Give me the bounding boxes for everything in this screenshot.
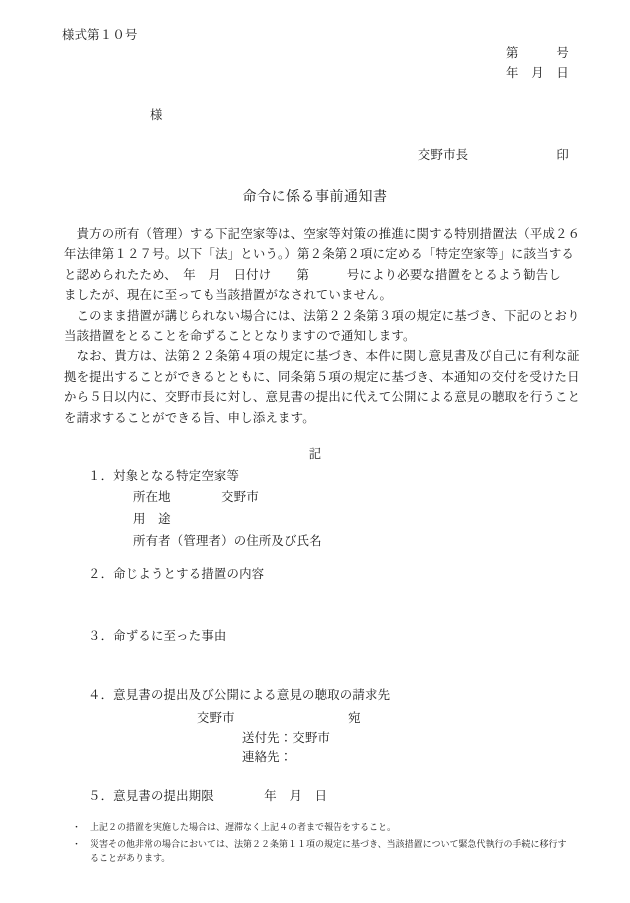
note-text-continuation: ることがあります。 [90, 853, 170, 864]
section-2-heading: ２．命じようとする措置の内容 [88, 567, 264, 581]
section-1-heading: １．対象となる特定空家等 [88, 469, 239, 483]
sender-seal-line: 交野市長 印 [418, 148, 569, 162]
note-bullet: ・ [72, 839, 81, 850]
note-text: 災害その他非常の場合においては、法第２２条第１１項の規定に基づき、当該措置につい… [90, 839, 566, 850]
section-4-heading: ４．意見書の提出及び公開による意見の聴取の請求先 [88, 688, 390, 702]
section-4-send-to: 送付先：交野市 [242, 731, 330, 745]
section-1-owner: 所有者（管理者）の住所及び氏名 [133, 534, 322, 548]
document-number-blank: 第 号 [506, 46, 569, 60]
date-blank: 年 月 日 [506, 66, 569, 80]
record-marker: 記 [0, 447, 630, 461]
body-line: なお、貴方は、法第２２条第４項の規定に基づき、本件に関し意見書及び自己に有利な証 [64, 349, 580, 363]
note-text: 上記２の措置を実施した場合は、遅滞なく上記４の者まで報告をすること。 [90, 822, 396, 833]
document-title: 命令に係る事前通知書 [0, 190, 630, 206]
body-line: このまま措置が講じられない場合には、法第２２条第３項の規定に基づき、下記のとおり [64, 309, 580, 323]
section-3-heading: ３．命ずるに至った事由 [88, 629, 227, 643]
body-line: から５日以内に、交野市長に対し、意見書の提出に代えて公開による意見の聴取を行うこ… [64, 390, 580, 404]
section-1-use: 用 途 [133, 512, 171, 526]
section-4-contact: 連絡先： [242, 750, 292, 764]
body-line: ましたが、現在に至っても当該措置がなされていません。 [64, 288, 392, 302]
body-line: と認められたため、 年 月 日付け 第 号により必要な措置をとるよう勧告し [64, 268, 561, 282]
note-bullet: ・ [72, 822, 81, 833]
body-line: を請求することができる旨、申し添えます。 [64, 411, 315, 425]
section-4-recipient: 交野市 宛 [197, 711, 361, 725]
body-line: 拠を提出することができるとともに、同条第５項の規定に基づき、本通知の交付を受けた… [64, 370, 580, 384]
body-line: 当該措置をとることを命ずることとなりますので通知します。 [64, 329, 416, 343]
section-5-heading: ５．意見書の提出期限 年 月 日 [88, 789, 327, 803]
body-line: 貴方の所有（管理）する下記空家等は、空家等対策の推進に関する特別措置法（平成２６ [64, 227, 580, 241]
form-number: 様式第１０号 [62, 28, 138, 42]
section-1-location: 所在地 交野市 [133, 490, 259, 504]
addressee-suffix: 様 [150, 108, 163, 122]
body-line: 年法律第１２７号。以下「法」という。）第２条第２項に定める「特定空家等」に該当す… [64, 247, 574, 261]
notice-document-page: 様式第１０号 第 号 年 月 日 様 交野市長 印 命令に係る事前通知書 貴方の… [0, 0, 630, 903]
